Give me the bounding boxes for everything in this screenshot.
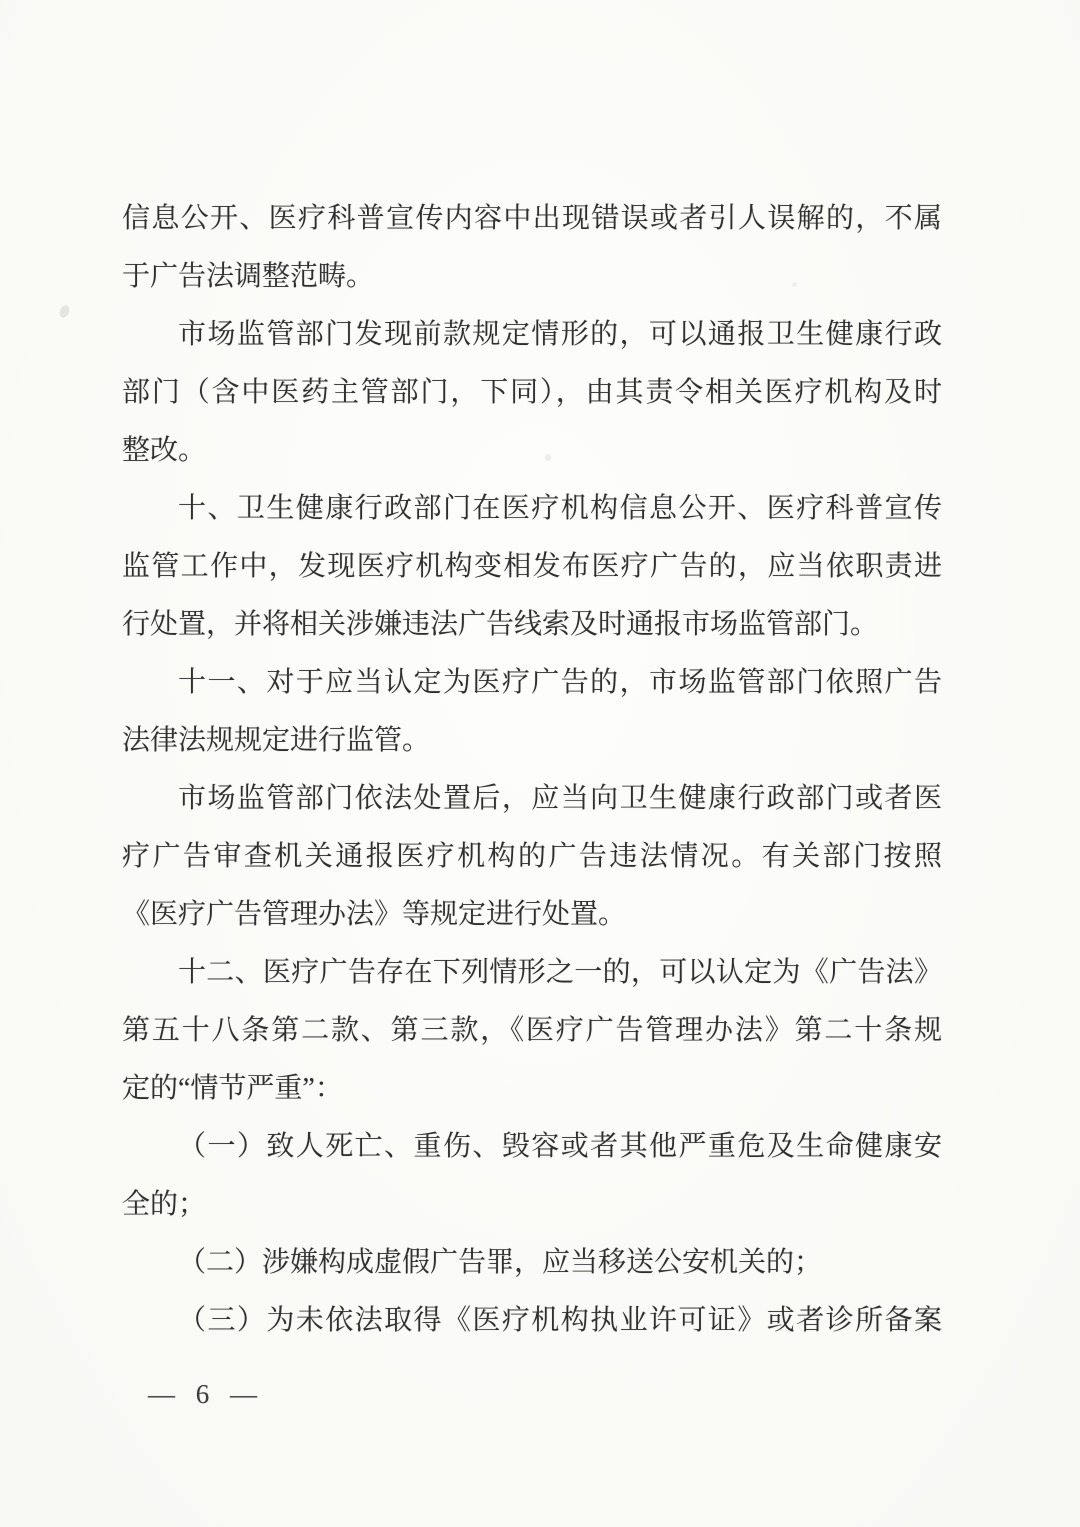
text-line: 第五十八条第二款、第三款，《医疗广告管理办法》第二十条规 (122, 1002, 942, 1060)
text-line: 《医疗广告管理办法》等规定进行处置。 (122, 886, 942, 944)
page-number: — 6 — (148, 1374, 264, 1414)
text-line: （三）为未依法取得《医疗机构执业许可证》或者诊所备案 (122, 1292, 942, 1350)
text-line: 信息公开、医疗科普宣传内容中出现错误或者引人误解的，不属 (122, 190, 942, 248)
document-text: 信息公开、医疗科普宣传内容中出现错误或者引人误解的，不属 于广告法调整范畴。 市… (122, 190, 942, 1350)
text-line: 部门（含中医药主管部门，下同），由其责令相关医疗机构及时 (122, 364, 942, 422)
text-line: （二）涉嫌构成虚假广告罪，应当移送公安机关的； (122, 1234, 942, 1292)
text-line: 十一、对于应当认定为医疗广告的，市场监管部门依照广告 (122, 654, 942, 712)
text-line: 市场监管部门依法处置后，应当向卫生健康行政部门或者医 (122, 770, 942, 828)
text-line: 全的； (122, 1176, 942, 1234)
text-line: 行处置，并将相关涉嫌违法广告线索及时通报市场监管部门。 (122, 596, 942, 654)
text-line: 十二、医疗广告存在下列情形之一的，可以认定为《广告法》 (122, 944, 942, 1002)
text-line: 法律法规规定进行监管。 (122, 712, 942, 770)
text-line: 监管工作中，发现医疗机构变相发布医疗广告的，应当依职责进 (122, 538, 942, 596)
text-line: （一）致人死亡、重伤、毁容或者其他严重危及生命健康安 (122, 1118, 942, 1176)
text-line: 十、卫生健康行政部门在医疗机构信息公开、医疗科普宣传 (122, 480, 942, 538)
text-line: 于广告法调整范畴。 (122, 248, 942, 306)
text-line: 疗广告审查机关通报医疗机构的广告违法情况。有关部门按照 (122, 828, 942, 886)
text-line: 市场监管部门发现前款规定情形的，可以通报卫生健康行政 (122, 306, 942, 364)
text-line: 整改。 (122, 422, 942, 480)
text-line: 定的“情节严重”： (122, 1060, 942, 1118)
